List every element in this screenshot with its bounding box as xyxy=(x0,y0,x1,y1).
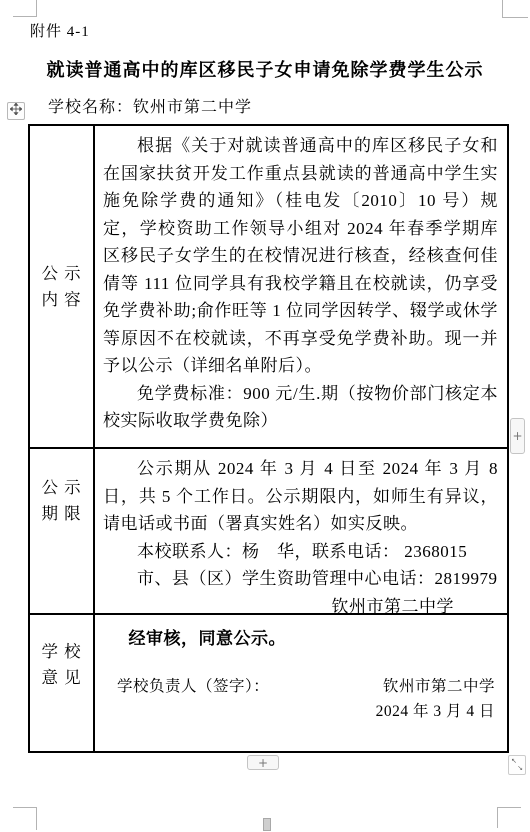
approval-statement: 经审核，同意公示。 xyxy=(103,625,498,653)
label-line: 内 容 xyxy=(41,287,81,313)
resize-arrow-se-icon: ↘ xyxy=(517,765,523,772)
table-resize-handle[interactable]: ↖ ↘ xyxy=(508,755,526,775)
school-contact-line: 本校联系人：杨 华，联系电话： 2368015 xyxy=(103,538,498,566)
page-scroll-thumb[interactable] xyxy=(263,818,271,831)
table-row-content: 公 示 内 容 根据《关于对就读普通高中的库区移民子女和在国家扶贫开发工作重点县… xyxy=(30,126,507,447)
notice-table: 公 示 内 容 根据《关于对就读普通高中的库区移民子女和在国家扶贫开发工作重点县… xyxy=(28,124,509,753)
cell-content-school-opinion[interactable]: 经审核，同意公示。 学校负责人（签字）： 钦州市第二中学 2024 年 3 月 … xyxy=(95,615,507,751)
label-line: 公 示 xyxy=(41,261,81,287)
table-row-opinion: 学 校 意 见 经审核，同意公示。 学校负责人（签字）： 钦州市第二中学 202… xyxy=(30,613,507,751)
cell-label-school-opinion[interactable]: 学 校 意 见 xyxy=(30,615,95,751)
label-line: 公 示 xyxy=(41,475,81,501)
cell-label-public-content[interactable]: 公 示 内 容 xyxy=(30,126,95,447)
document-title: 就读普通高中的库区移民子女申请免除学费学生公示 xyxy=(0,56,530,82)
plus-icon: + xyxy=(258,757,268,769)
opinion-date: 2024 年 3 月 4 日 xyxy=(103,699,498,724)
notice-paragraph: 根据《关于对就读普通高中的库区移民子女和在国家扶贫开发工作重点县就读的普通高中学… xyxy=(103,132,498,380)
signer-label: 学校负责人（签字）： xyxy=(117,674,269,699)
margin-mark-bottom-left xyxy=(13,807,37,830)
resize-arrow-nw-icon: ↖ xyxy=(511,758,517,765)
label-line: 学 校 xyxy=(41,639,81,665)
opinion-school-name: 钦州市第二中学 xyxy=(383,674,495,699)
table-move-handle[interactable] xyxy=(7,102,25,120)
cell-content-public-period[interactable]: 公示期从 2024 年 3 月 4 日至 2024 年 3 月 8 日，共 5 … xyxy=(95,449,507,613)
cell-label-public-period[interactable]: 公 示 期 限 xyxy=(30,449,95,613)
attachment-label: 附件 4-1 xyxy=(30,20,90,41)
move-arrows-icon xyxy=(10,102,22,120)
center-contact-line: 市、县（区）学生资助管理中心电话：2819979 xyxy=(103,565,498,593)
fee-standard-paragraph: 免学费标准：900 元/生.期（按物价部门核定本校实际收取学费免除） xyxy=(103,380,498,435)
school-name-line[interactable]: 学校名称：钦州市第二中学 xyxy=(48,94,252,117)
margin-mark-top-right xyxy=(502,0,528,18)
table-row-period: 公 示 期 限 公示期从 2024 年 3 月 4 日至 2024 年 3 月 … xyxy=(30,447,507,613)
plus-icon: + xyxy=(512,430,522,442)
add-row-button[interactable]: + xyxy=(247,755,279,770)
margin-mark-top-left xyxy=(13,0,37,17)
period-paragraph: 公示期从 2024 年 3 月 4 日至 2024 年 3 月 8 日，共 5 … xyxy=(103,455,498,538)
add-column-button[interactable]: + xyxy=(510,418,525,454)
margin-mark-bottom-right xyxy=(497,807,521,828)
label-line: 期 限 xyxy=(41,501,81,527)
label-line: 意 见 xyxy=(41,665,81,691)
cell-content-public-content[interactable]: 根据《关于对就读普通高中的库区移民子女和在国家扶贫开发工作重点县就读的普通高中学… xyxy=(95,126,507,447)
